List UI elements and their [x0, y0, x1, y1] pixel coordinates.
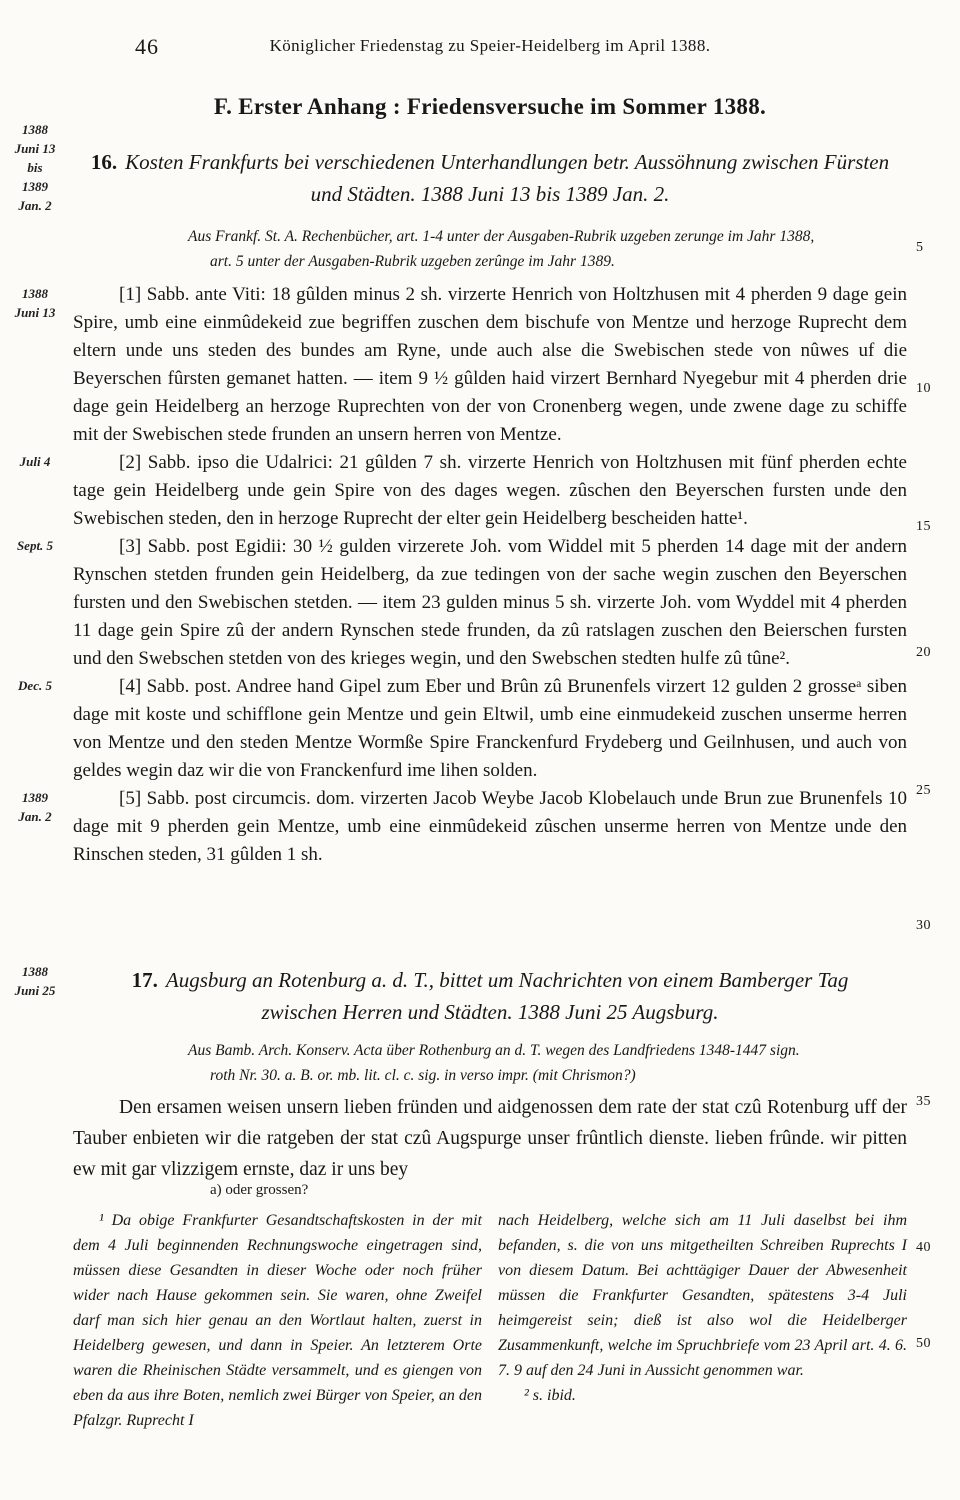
entry-2: Juli 4 [2] Sabb. ipso die Udalrici: 21 g…: [73, 449, 907, 533]
entry-2-margin-date: Juli 4: [0, 452, 70, 471]
footnote-2: ² s. ibid.: [498, 1383, 907, 1408]
item16-margin-date: 1388 Juni 13 bis 1389 Jan. 2: [0, 120, 70, 215]
footnote-column-right: nach Heidelberg, welche sich am 11 Juli …: [498, 1208, 907, 1433]
margin-date-line: Sept. 5: [0, 536, 70, 555]
entry-5: 1389 Jan. 2 [5] Sabb. post circumcis. do…: [73, 785, 907, 869]
item17-title-line2: zwischen Herren und Städten. 1388 Juni 2…: [73, 996, 907, 1028]
source-line: Aus Frankf. St. A. Rechenbücher, art. 1-…: [188, 224, 890, 249]
margin-date-line: Juni 25: [0, 981, 70, 1000]
entry-3: Sept. 5 [3] Sabb. post Egidii: 30 ½ guld…: [73, 533, 907, 673]
line-number-5: 5: [916, 240, 946, 256]
entry-4-margin-date: Dec. 5: [0, 676, 70, 695]
apparatus-note: a) oder grossen?: [210, 1182, 308, 1199]
source-line: Aus Bamb. Arch. Konserv. Acta über Rothe…: [188, 1038, 890, 1063]
margin-date-line: 1388: [0, 120, 70, 139]
line-number-40: 40: [916, 1240, 946, 1256]
line-number-15: 15: [916, 519, 946, 535]
entry-2-text: [2] Sabb. ipso die Udalrici: 21 gûlden 7…: [73, 452, 907, 529]
footnote-column-left: ¹ Da obige Frankfurter Gesandtschaftskos…: [73, 1208, 482, 1433]
margin-date-line: Dec. 5: [0, 676, 70, 695]
item16-title-line1: 16.Kosten Frankfurts bei verschiedenen U…: [73, 146, 907, 178]
footnote-1-continuation: nach Heidelberg, welche sich am 11 Juli …: [498, 1208, 907, 1383]
footnotes: ¹ Da obige Frankfurter Gesandtschaftskos…: [73, 1208, 907, 1433]
item16-entries: 1388 Juni 13 [1] Sabb. ante Viti: 18 gûl…: [73, 281, 907, 869]
entry-4: Dec. 5 [4] Sabb. post. Andree hand Gipel…: [73, 673, 907, 785]
margin-date-line: Juli 4: [0, 452, 70, 471]
footnote-1-start: ¹ Da obige Frankfurter Gesandtschaftskos…: [73, 1208, 482, 1433]
margin-date-line: 1388: [0, 962, 70, 981]
item16-title-line2: und Städten. 1388 Juni 13 bis 1389 Jan. …: [73, 178, 907, 210]
page-number: 46: [135, 34, 159, 60]
entry-3-text: [3] Sabb. post Egidii: 30 ½ gulden virze…: [73, 536, 907, 669]
item17-body: Den ersamen weisen unsern lieben fründen…: [73, 1092, 907, 1185]
entry-1-margin-date: 1388 Juni 13: [0, 284, 70, 322]
line-number-10: 10: [916, 381, 946, 397]
entry-5-margin-date: 1389 Jan. 2: [0, 788, 70, 826]
margin-date-line: Jan. 2: [0, 807, 70, 826]
line-number-20: 20: [916, 645, 946, 661]
running-header: Königlicher Friedenstag zu Speier-Heidel…: [73, 36, 907, 56]
item16-heading: 1388 Juni 13 bis 1389 Jan. 2 16.Kosten F…: [73, 146, 907, 210]
margin-date-line: Juni 13: [0, 303, 70, 322]
margin-date-line: bis: [0, 158, 70, 177]
item17-margin-date: 1388 Juni 25: [0, 962, 70, 1000]
item16-number: 16.: [91, 150, 117, 174]
item17-title-text: Augsburg an Rotenburg a. d. T., bittet u…: [166, 968, 848, 992]
line-number-35: 35: [916, 1094, 946, 1110]
book-page: 46 Königlicher Friedenstag zu Speier-Hei…: [0, 0, 960, 1500]
item16-source-note: Aus Frankf. St. A. Rechenbücher, art. 1-…: [188, 224, 890, 274]
section-heading: F. Erster Anhang : Friedensversuche im S…: [73, 94, 907, 120]
margin-date-line: Jan. 2: [0, 196, 70, 215]
margin-date-line: 1388: [0, 284, 70, 303]
entry-5-text: [5] Sabb. post circumcis. dom. virzerten…: [73, 788, 907, 865]
margin-date-line: 1389: [0, 177, 70, 196]
entry-3-margin-date: Sept. 5: [0, 536, 70, 555]
entry-1: 1388 Juni 13 [1] Sabb. ante Viti: 18 gûl…: [73, 281, 907, 449]
item17-source-note: Aus Bamb. Arch. Konserv. Acta über Rothe…: [188, 1038, 890, 1088]
page-header: 46 Königlicher Friedenstag zu Speier-Hei…: [73, 36, 907, 66]
item17-number: 17.: [132, 968, 158, 992]
entry-4-text: [4] Sabb. post. Andree hand Gipel zum Eb…: [73, 676, 907, 781]
source-line: art. 5 unter der Ausgaben-Rubrik uzgeben…: [188, 249, 890, 274]
margin-date-line: Juni 13: [0, 139, 70, 158]
entry-1-text: [1] Sabb. ante Viti: 18 gûlden minus 2 s…: [73, 284, 907, 445]
item16-title-text: Kosten Frankfurts bei verschiedenen Unte…: [125, 150, 889, 174]
margin-date-line: 1389: [0, 788, 70, 807]
line-number-25: 25: [916, 783, 946, 799]
line-number-50: 50: [916, 1336, 946, 1352]
source-line: roth Nr. 30. a. B. or. mb. lit. cl. c. s…: [188, 1063, 890, 1088]
item17-heading: 1388 Juni 25 17.Augsburg an Rotenburg a.…: [73, 964, 907, 1028]
item17-title-line1: 17.Augsburg an Rotenburg a. d. T., bitte…: [73, 964, 907, 996]
line-number-30: 30: [916, 918, 946, 934]
